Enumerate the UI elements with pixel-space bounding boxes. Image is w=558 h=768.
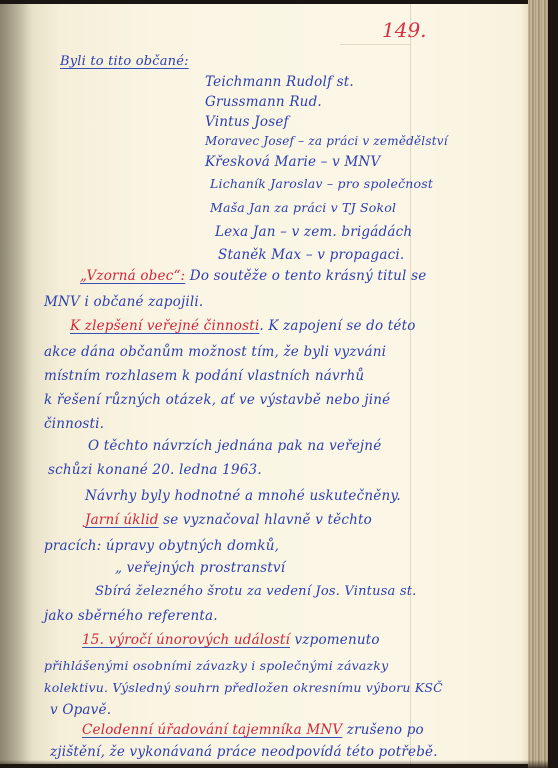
- gutter-shadow: [0, 4, 30, 764]
- name-line: Maša Jan za práci v TJ Sokol: [210, 200, 396, 215]
- name-line: Moravec Josef – za práci v zemědělství: [205, 134, 448, 148]
- section-text: . K zapojení se do této: [259, 318, 415, 334]
- section-heading: Jarní úklid: [85, 512, 159, 528]
- section-text: místním rozhlasem k podání vlastních náv…: [44, 368, 364, 384]
- section-jarni-uklid: Jarní úklid se vyznačoval hlavně v těcht…: [85, 512, 372, 528]
- section-text: přihlášenými osobními závazky i společný…: [44, 658, 388, 673]
- section-text: vzpomenuto: [290, 632, 380, 648]
- name-line: Staněk Max – v propagaci.: [218, 247, 404, 263]
- section-text: pracích: úpravy obytných domků,: [44, 538, 279, 554]
- name-line: Vintus Josef: [205, 114, 289, 130]
- section-text: činnosti.: [44, 416, 104, 432]
- section-text: „ veřejných prostranství: [115, 560, 285, 576]
- section-text: Sbírá železného šrotu za vedení Jos. Vin…: [95, 584, 416, 599]
- book-page-edges: [528, 0, 558, 768]
- name-line: Lexa Jan – v zem. brigádách: [215, 224, 412, 240]
- section-text: Do soutěže o tento krásný titul se: [185, 268, 426, 284]
- name-line: Teichmann Rudolf st.: [205, 74, 354, 90]
- name-line: Lichaník Jaroslav – pro společnost: [210, 176, 433, 191]
- name-line: Křesková Marie – v MNV: [205, 154, 380, 170]
- section-text: v Opavě.: [50, 702, 111, 718]
- section-heading: Celodenní úřadování tajemníka MNV: [82, 722, 342, 738]
- bottom-shadow: [0, 760, 558, 768]
- section-vzorna-obec: „Vzorná obec“: Do soutěže o tento krásný…: [80, 268, 426, 284]
- section-text: jako sběrného referenta.: [44, 608, 218, 624]
- section-text: zjištění, že vykonávaná práce neodpovídá…: [50, 744, 438, 760]
- section-heading: 15. výročí únorových událostí: [82, 632, 290, 648]
- intro-text: Byli to tito občané:: [60, 54, 189, 69]
- section-text: MNV i občané zapojili.: [44, 294, 203, 310]
- section-heading: K zlepšení veřejné činnosti: [70, 318, 259, 334]
- name-line: Grussmann Rud.: [205, 94, 322, 110]
- section-text: kolektivu. Výsledný souhrn předložen okr…: [44, 680, 443, 695]
- margin-line: [410, 4, 411, 764]
- section-heading: „Vzorná obec“:: [80, 268, 185, 284]
- page-number: 149.: [382, 18, 427, 42]
- section-text: se vyznačoval hlavně v těchto: [159, 512, 372, 528]
- section-text: akce dána občanům možnost tím, že byli v…: [44, 344, 386, 360]
- top-rule: [340, 44, 410, 45]
- section-text: zrušeno po: [342, 722, 424, 738]
- section-15-vyroci: 15. výročí únorových událostí vzpomenuto: [82, 632, 380, 648]
- section-text: O těchto návrzích jednána pak na veřejné: [88, 438, 381, 454]
- section-text: k řešení různých otázek, ať ve výstavbě …: [44, 392, 390, 408]
- section-text: Návrhy byly hodnotné a mnohé uskutečněny…: [85, 488, 401, 504]
- section-celodenni-uradovani: Celodenní úřadování tajemníka MNV zrušen…: [82, 722, 424, 738]
- section-text: schůzi konané 20. ledna 1963.: [48, 462, 262, 478]
- section-zlepseni-verejne-cinnosti: K zlepšení veřejné činnosti. K zapojení …: [70, 318, 416, 334]
- chronicle-page: 149. Byli to tito občané: Teichmann Rudo…: [0, 4, 528, 764]
